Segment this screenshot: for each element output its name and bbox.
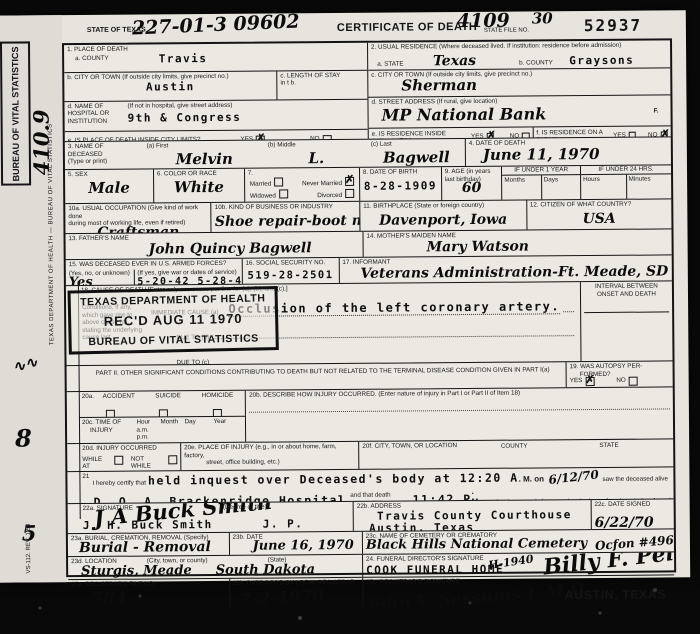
accident-label: ACCIDENT	[94, 393, 143, 401]
while-at-work-label: WHILE AT	[82, 455, 102, 470]
form-number: VS-112. REV. 1/58	[25, 483, 32, 573]
autopsy-yes-label: YES	[570, 377, 583, 386]
industry-value: Shoe repair-boot maker	[215, 212, 357, 229]
homicide-label: HOMICIDE	[193, 392, 242, 400]
residence-state-label: a. STATE	[377, 60, 403, 67]
burial-date-value: June 16, 1970	[252, 537, 358, 553]
interval-label-2: ONSET AND DEATH	[584, 290, 669, 298]
suicide-label: SUICIDE	[143, 392, 192, 400]
received-date-stamp: TEXAS DEPARTMENT OF HEALTH REC'D AUG 11 …	[68, 286, 279, 355]
date-of-death-value: June 11, 1970	[483, 144, 668, 163]
divorced-checkbox	[345, 188, 354, 197]
father-name-value: John Quincy Bagwell	[149, 239, 360, 257]
stamp-line-2: REC'D AUG 11 1970	[75, 310, 271, 329]
scanned-certificate-page: BUREAU OF VITAL STATISTICS 410.9 TEXAS D…	[0, 10, 690, 582]
m-on-text: . M. on	[519, 475, 544, 485]
injury-occurred-label: 20d. INJURY OCCURRED	[82, 444, 177, 452]
address-line-1: Travis County Courthouse	[377, 509, 588, 523]
residence-county-label: b. COUNTY	[519, 59, 553, 66]
birthplace-label: 11. BIRTHPLACE (State or foreign country…	[363, 202, 523, 211]
informant-value: Veterans Administration-Ft. Meade, SD	[360, 263, 668, 281]
residence-city-value: Sherman	[401, 75, 667, 95]
state-file-no-label: STATE FILE NO.	[484, 28, 529, 34]
length-of-stay-sublabel: in t b.	[280, 79, 364, 87]
mother-name-value: Mary Watson	[426, 237, 668, 255]
autopsy-no-label: NO	[616, 377, 626, 386]
dob-label: 8. DATE OF BIRTH	[363, 168, 438, 176]
married-label: Married	[250, 180, 271, 187]
name-label-3: (Type or print)	[68, 158, 141, 166]
birthplace-value: Davenport, Iowa	[363, 211, 523, 228]
place-of-injury-label: 20e. PLACE OF INJURY (e.g., in or about …	[184, 443, 355, 459]
day-label: Day	[185, 418, 214, 441]
injury-state-label: STATE	[599, 440, 670, 466]
bureau-stamp-box: BUREAU OF VITAL STATISTICS	[0, 41, 31, 185]
inquest-date-handwritten: 6/12/70	[547, 467, 599, 487]
part-2-label: PART II. OTHER SIGNIFICANT CONDITIONS CO…	[82, 363, 563, 377]
burial-value: Burial - Removal	[79, 538, 226, 555]
never-married-checkbox	[345, 176, 354, 185]
pm-label: p.m.	[137, 434, 161, 442]
dob-value: 8-28-1909	[363, 179, 438, 193]
widowed-checkbox	[279, 189, 288, 198]
hospital-paren-label: (If not in hospital, give street address…	[127, 101, 241, 109]
certifier-degree-typed: J. P.	[263, 517, 304, 530]
injury-city-label: 20f. CITY, TOWN, OR LOCATION	[362, 442, 501, 468]
item-20a-label: 20a.	[82, 393, 94, 401]
ssn-label: 16. SOCIAL SECURITY NO.	[245, 259, 335, 267]
inquest-typed-line-1: held inquest over Deceased's body at 12:…	[148, 471, 519, 488]
place-of-injury-label-2: street, office building, etc.)	[184, 458, 355, 467]
first-name-value: Melvin	[147, 149, 262, 168]
injury-county-label: COUNTY	[501, 441, 600, 467]
margin-handwritten-8: 8	[15, 423, 32, 452]
not-while-label: NOT WHILE	[131, 455, 151, 470]
widowed-label: Widowed	[250, 192, 276, 199]
divorced-label: Divorced	[317, 192, 342, 199]
city-value: Austin	[67, 80, 273, 95]
while-at-work-checkbox	[114, 455, 123, 464]
handwritten-code: 227-01-3 09602	[131, 10, 300, 39]
scanner-noise	[0, 578, 700, 634]
time-of-injury-label-2: INJURY	[82, 426, 137, 434]
hospital-label-3: INSTITUTION	[68, 117, 128, 125]
item-21-number: 21	[82, 473, 89, 481]
married-checkbox	[274, 177, 283, 186]
interval-label-1: INTERVAL BETWEEN	[584, 282, 669, 290]
handwritten-file-number-2: 30	[532, 9, 553, 27]
hour-label: Hour	[136, 418, 160, 426]
hours-label: Hours	[581, 174, 626, 199]
date-signed-value: 6/22/70	[595, 514, 671, 529]
citizen-value: USA	[530, 210, 669, 227]
stamp-line-1: TEXAS DEPARTMENT OF HEALTH	[75, 292, 271, 308]
certify-text: I hereby certify that	[92, 480, 146, 488]
stamp-line-3: BUREAU OF VITAL STATISTICS	[76, 332, 272, 348]
saw-deceased-text: saw the deceased alive	[602, 476, 668, 484]
location-state-value: South Dakota	[216, 562, 315, 578]
ssn-value: 519-28-2501	[246, 269, 336, 282]
certificate-body: 1. PLACE OF DEATH a. COUNTY Travis b. CI…	[62, 38, 676, 577]
location-city-value: Sturgis, Meade	[81, 563, 192, 579]
hospital-value: 9th & Congress	[128, 111, 242, 125]
sex-value: Male	[68, 178, 150, 197]
months-label: Months	[502, 175, 541, 200]
middle-name-value: L.	[268, 148, 365, 167]
year-label: Year	[213, 418, 242, 441]
days-label: Days	[541, 175, 581, 200]
date-signed-label: 22c. DATE SIGNED	[594, 500, 670, 508]
residence-state-value: Texas	[433, 52, 476, 68]
autopsy-yes-checkbox	[585, 377, 594, 386]
am-label: a.m.	[137, 426, 161, 434]
month-label: Month	[161, 418, 185, 441]
age-label: 9. AGE (in years	[445, 168, 499, 176]
street-stray-mark: F.	[654, 107, 659, 115]
county-value: Travis	[159, 52, 208, 71]
minutes-label: Minutes	[626, 174, 672, 199]
autopsy-no-checkbox	[629, 377, 638, 386]
never-married-label: Never Married	[302, 180, 342, 187]
immediate-cause-value: Occlusion of the left coronary artery.	[228, 299, 560, 317]
residence-county-value: Graysons	[569, 53, 634, 67]
citizen-label: 12. CITIZEN OF WHAT COUNTRY?	[530, 200, 669, 209]
occupation-label: 10a. USUAL OCCUPATION (Give kind of work…	[68, 204, 208, 220]
cemetery-value: Black Hills National Cemetery	[366, 536, 587, 553]
certificate-number: 52937	[584, 16, 642, 35]
cemetery-handwritten-note: Ocfon #4966	[595, 532, 674, 554]
not-while-checkbox	[168, 455, 177, 464]
industry-label: 10b. KIND OF BUSINESS OR INDUSTRY	[215, 203, 357, 212]
street-address-value: MP National Bank	[382, 104, 668, 125]
race-value: White	[157, 177, 241, 196]
describe-injury-label: 20b. DESCRIBE HOW INJURY OCCURRED. (Ente…	[249, 388, 670, 399]
last-name-value: Bagwell	[371, 148, 462, 167]
county-label: a. COUNTY	[75, 54, 109, 71]
bureau-stamp-text: BUREAU OF VITAL STATISTICS	[10, 46, 21, 181]
